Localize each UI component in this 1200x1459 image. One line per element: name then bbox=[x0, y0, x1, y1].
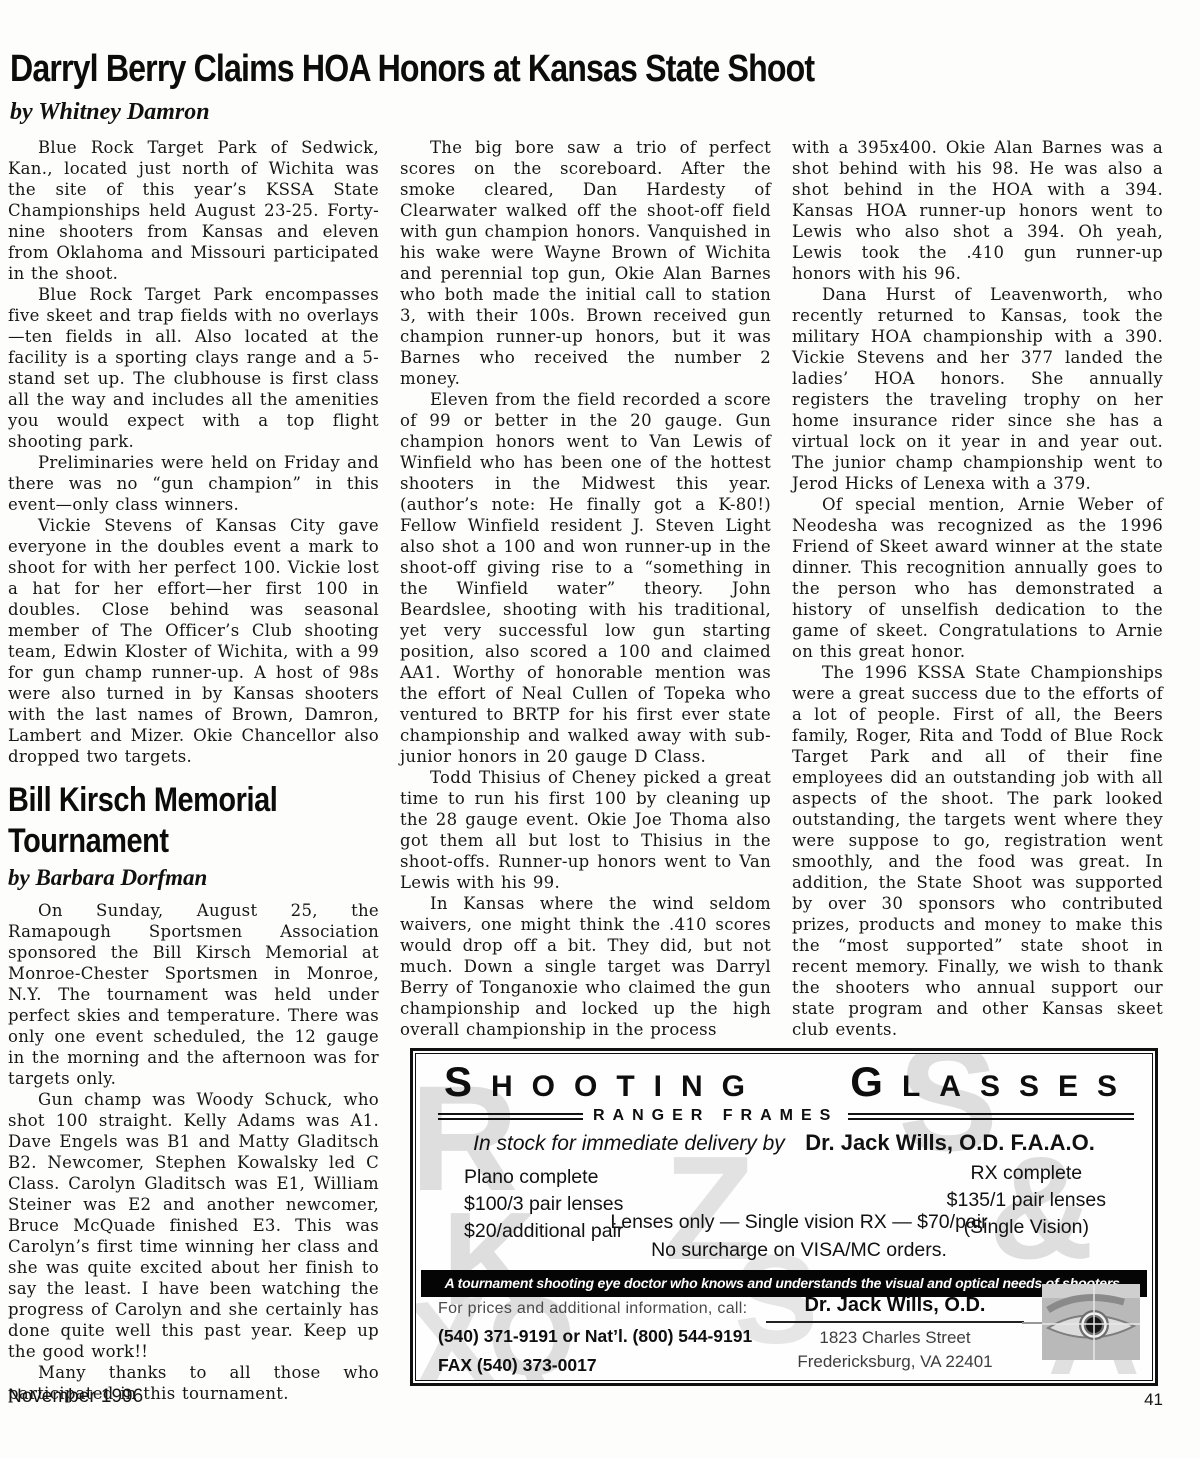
call-info-label: For prices and additional information, c… bbox=[438, 1300, 752, 1318]
kirsch-article-title: Bill Kirsch Memorial Tournament bbox=[8, 780, 382, 862]
footer-issue-date: November 1996 bbox=[8, 1386, 143, 1408]
kirsch-article-byline: by Barbara Dorfman bbox=[8, 865, 379, 891]
rx-single-vision-note: (Single Vision) bbox=[947, 1214, 1106, 1241]
rx-pricing-block: RX complete $135/1 pair lenses (Single V… bbox=[947, 1160, 1106, 1241]
eye-crosshair-icon bbox=[1042, 1284, 1140, 1360]
ad-headline: SHOOTING GLASSES bbox=[444, 1058, 1136, 1106]
paragraph: Eleven from the field recorded a score o… bbox=[400, 389, 771, 767]
instock-doctor-name: Dr. Jack Wills, O.D. F.A.A.O. bbox=[805, 1130, 1095, 1155]
ad-headline-word-shooting: SHOOTING bbox=[444, 1058, 764, 1106]
doctor-name-rule bbox=[766, 1321, 1024, 1323]
main-article-title: Darryl Berry Claims HOA Honors at Kansas… bbox=[10, 48, 1011, 91]
address-street: 1823 Charles Street bbox=[766, 1326, 1024, 1350]
paragraph: Vickie Stevens of Kansas City gave every… bbox=[8, 515, 379, 767]
phone-numbers: (540) 371-9191 or Nat’l. (800) 544-9191 bbox=[438, 1326, 752, 1347]
ad-headline-word-glasses: GLASSES bbox=[850, 1058, 1136, 1106]
paragraph: Blue Rock Target Park encompasses five s… bbox=[8, 284, 379, 452]
paragraph: Preliminaries were held on Friday and th… bbox=[8, 452, 379, 515]
ad-instock-line: In stock for immediate delivery by Dr. J… bbox=[416, 1130, 1152, 1156]
ranger-frames-label: RANGER FRAMES bbox=[593, 1107, 838, 1125]
double-rule-left bbox=[438, 1113, 583, 1120]
paragraph: Todd Thisius of Cheney picked a great ti… bbox=[400, 767, 771, 893]
main-article-byline: by Whitney Damron bbox=[10, 99, 210, 126]
footer-page-number: 41 bbox=[1144, 1390, 1163, 1410]
plano-label: Plano complete bbox=[464, 1164, 623, 1191]
ad-tagline-banner: A tournament shooting eye doctor who kno… bbox=[421, 1270, 1147, 1297]
ranger-frames-rule: RANGER FRAMES bbox=[438, 1107, 1134, 1125]
paragraph: with a 395x400. Okie Alan Barnes was a s… bbox=[792, 137, 1163, 284]
doctor-address-block: Dr. Jack Wills, O.D. 1823 Charles Street… bbox=[766, 1294, 1024, 1374]
paragraph: Dana Hurst of Leavenworth, who recently … bbox=[792, 284, 1163, 494]
paragraph: On Sunday, August 25, the Ramapough Spor… bbox=[8, 900, 379, 1089]
doctor-name: Dr. Jack Wills, O.D. bbox=[766, 1294, 1024, 1317]
paragraph: Gun champ was Woody Schuck, who shot 100… bbox=[8, 1089, 379, 1362]
rx-label: RX complete bbox=[947, 1160, 1106, 1187]
paragraph: In Kansas where the wind seldom waivers,… bbox=[400, 893, 771, 1040]
instock-text: In stock for immediate delivery by bbox=[473, 1132, 785, 1155]
ad-contact-block: For prices and additional information, c… bbox=[438, 1300, 752, 1376]
fax-number: FAX (540) 373-0017 bbox=[438, 1355, 752, 1376]
column-1: Blue Rock Target Park of Sedwick, Kan., … bbox=[8, 137, 379, 1404]
address-city: Fredericksburg, VA 22401 bbox=[766, 1350, 1024, 1374]
paragraph: Blue Rock Target Park of Sedwick, Kan., … bbox=[8, 137, 379, 284]
crosshair-extension-line bbox=[1022, 1322, 1042, 1324]
double-rule-right bbox=[848, 1113, 1134, 1120]
paragraph: The big bore saw a trio of perfect score… bbox=[400, 137, 771, 389]
paragraph: The 1996 KSSA State Championships were a… bbox=[792, 662, 1163, 1040]
ad-inner-frame: R K Q X S Z & A S SHOOTING GLASSES RANGE… bbox=[415, 1053, 1153, 1381]
paragraph: Of special mention, Arnie Weber of Neode… bbox=[792, 494, 1163, 662]
shooting-glasses-ad: R K Q X S Z & A S SHOOTING GLASSES RANGE… bbox=[410, 1048, 1158, 1386]
magazine-page: Darryl Berry Claims HOA Honors at Kansas… bbox=[0, 0, 1200, 1459]
rx-price: $135/1 pair lenses bbox=[947, 1187, 1106, 1214]
